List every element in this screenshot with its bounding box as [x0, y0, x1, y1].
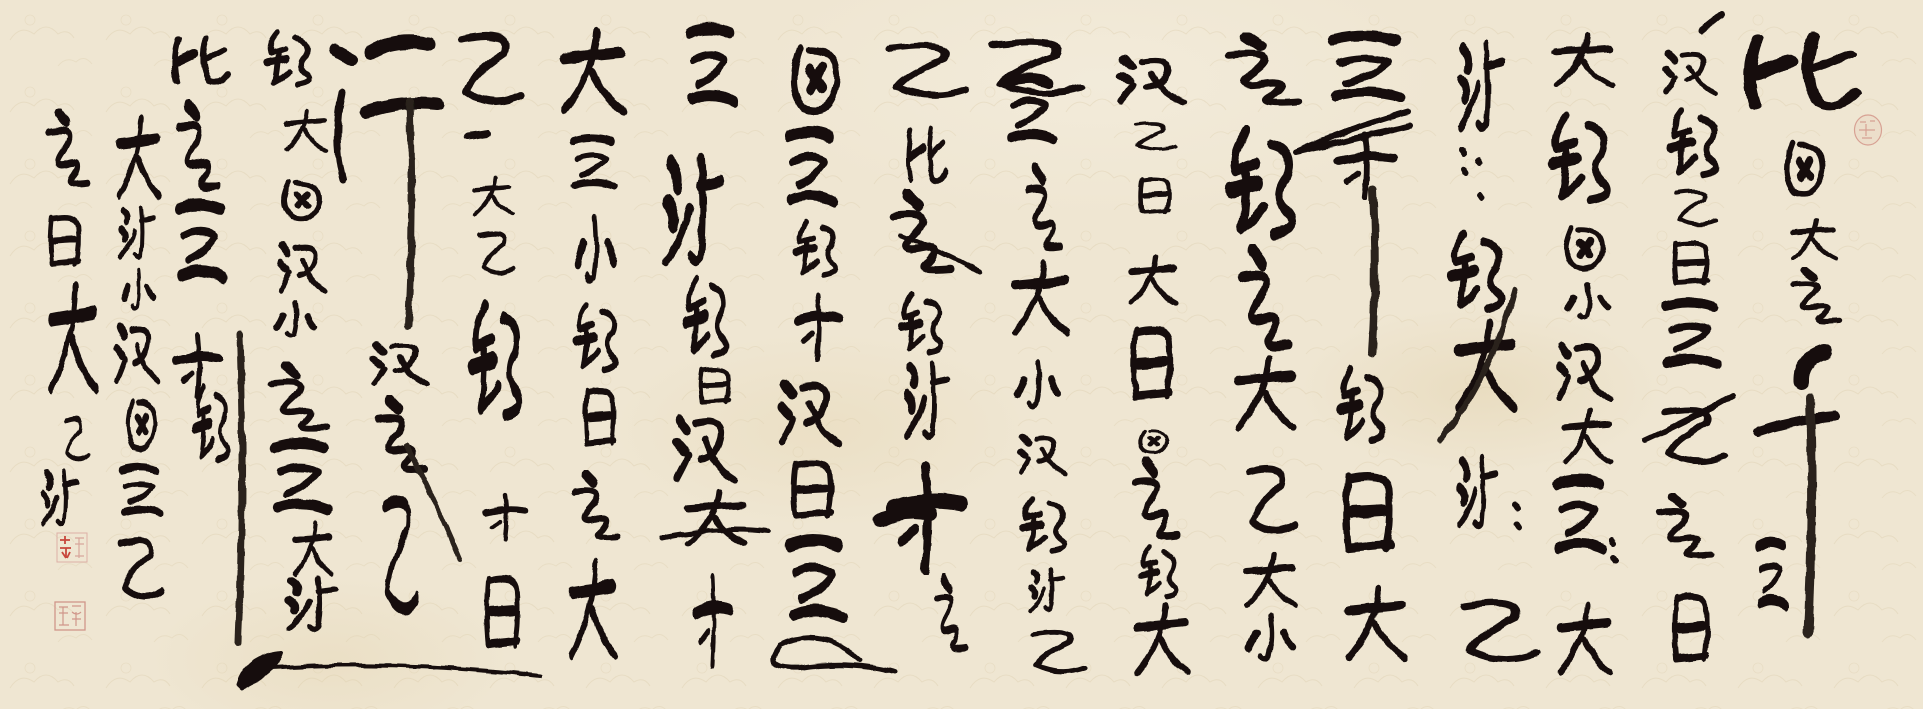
poem-column-10: 英雄竞折腰惜秦	[763, 32, 890, 669]
poem-column-12: 唐宗宋祖稍逊风	[553, 27, 630, 664]
poem-column-1: 北国风光千里	[1727, 27, 1867, 633]
poem-column-4: 河上下顿失滔滔山	[1440, 36, 1547, 669]
poem-column-2: 冰封万里雪飘望	[1643, 14, 1733, 669]
inscription-author: 毛泽东	[110, 113, 167, 316]
poem-column-3: 长城内外惟余莽莽大	[1543, 32, 1620, 678]
poem-column-16: 人物还看今朝	[163, 32, 245, 642]
inscription-title: 沁园春雪	[110, 316, 167, 606]
poem-column-11: 皇汉武略输文采	[657, 18, 770, 669]
poem-text-layer: 北国风光千里 冰封万里雪飘望 长城内外惟余莽莽大 河上下顿失滔滔山 舞银蛇原 驰…	[0, 0, 1923, 709]
poem-column-7: 试比高须晴日看红装	[1110, 50, 1193, 678]
poem-column-6: 驰蜡象欲与天公	[1213, 32, 1310, 669]
inscription-date-signature: 癸卯夏月作	[33, 108, 100, 529]
poem-column-15: 射大雕俱往矣数风流	[260, 27, 357, 633]
poem-column-8: 素裹分外妖娆江山	[973, 32, 1090, 678]
calligraphy-artwork: 北国风光千里 冰封万里雪飘望 长城内外惟余莽莽大 河上下顿失滔滔山 舞银蛇原 驰…	[0, 0, 1923, 709]
